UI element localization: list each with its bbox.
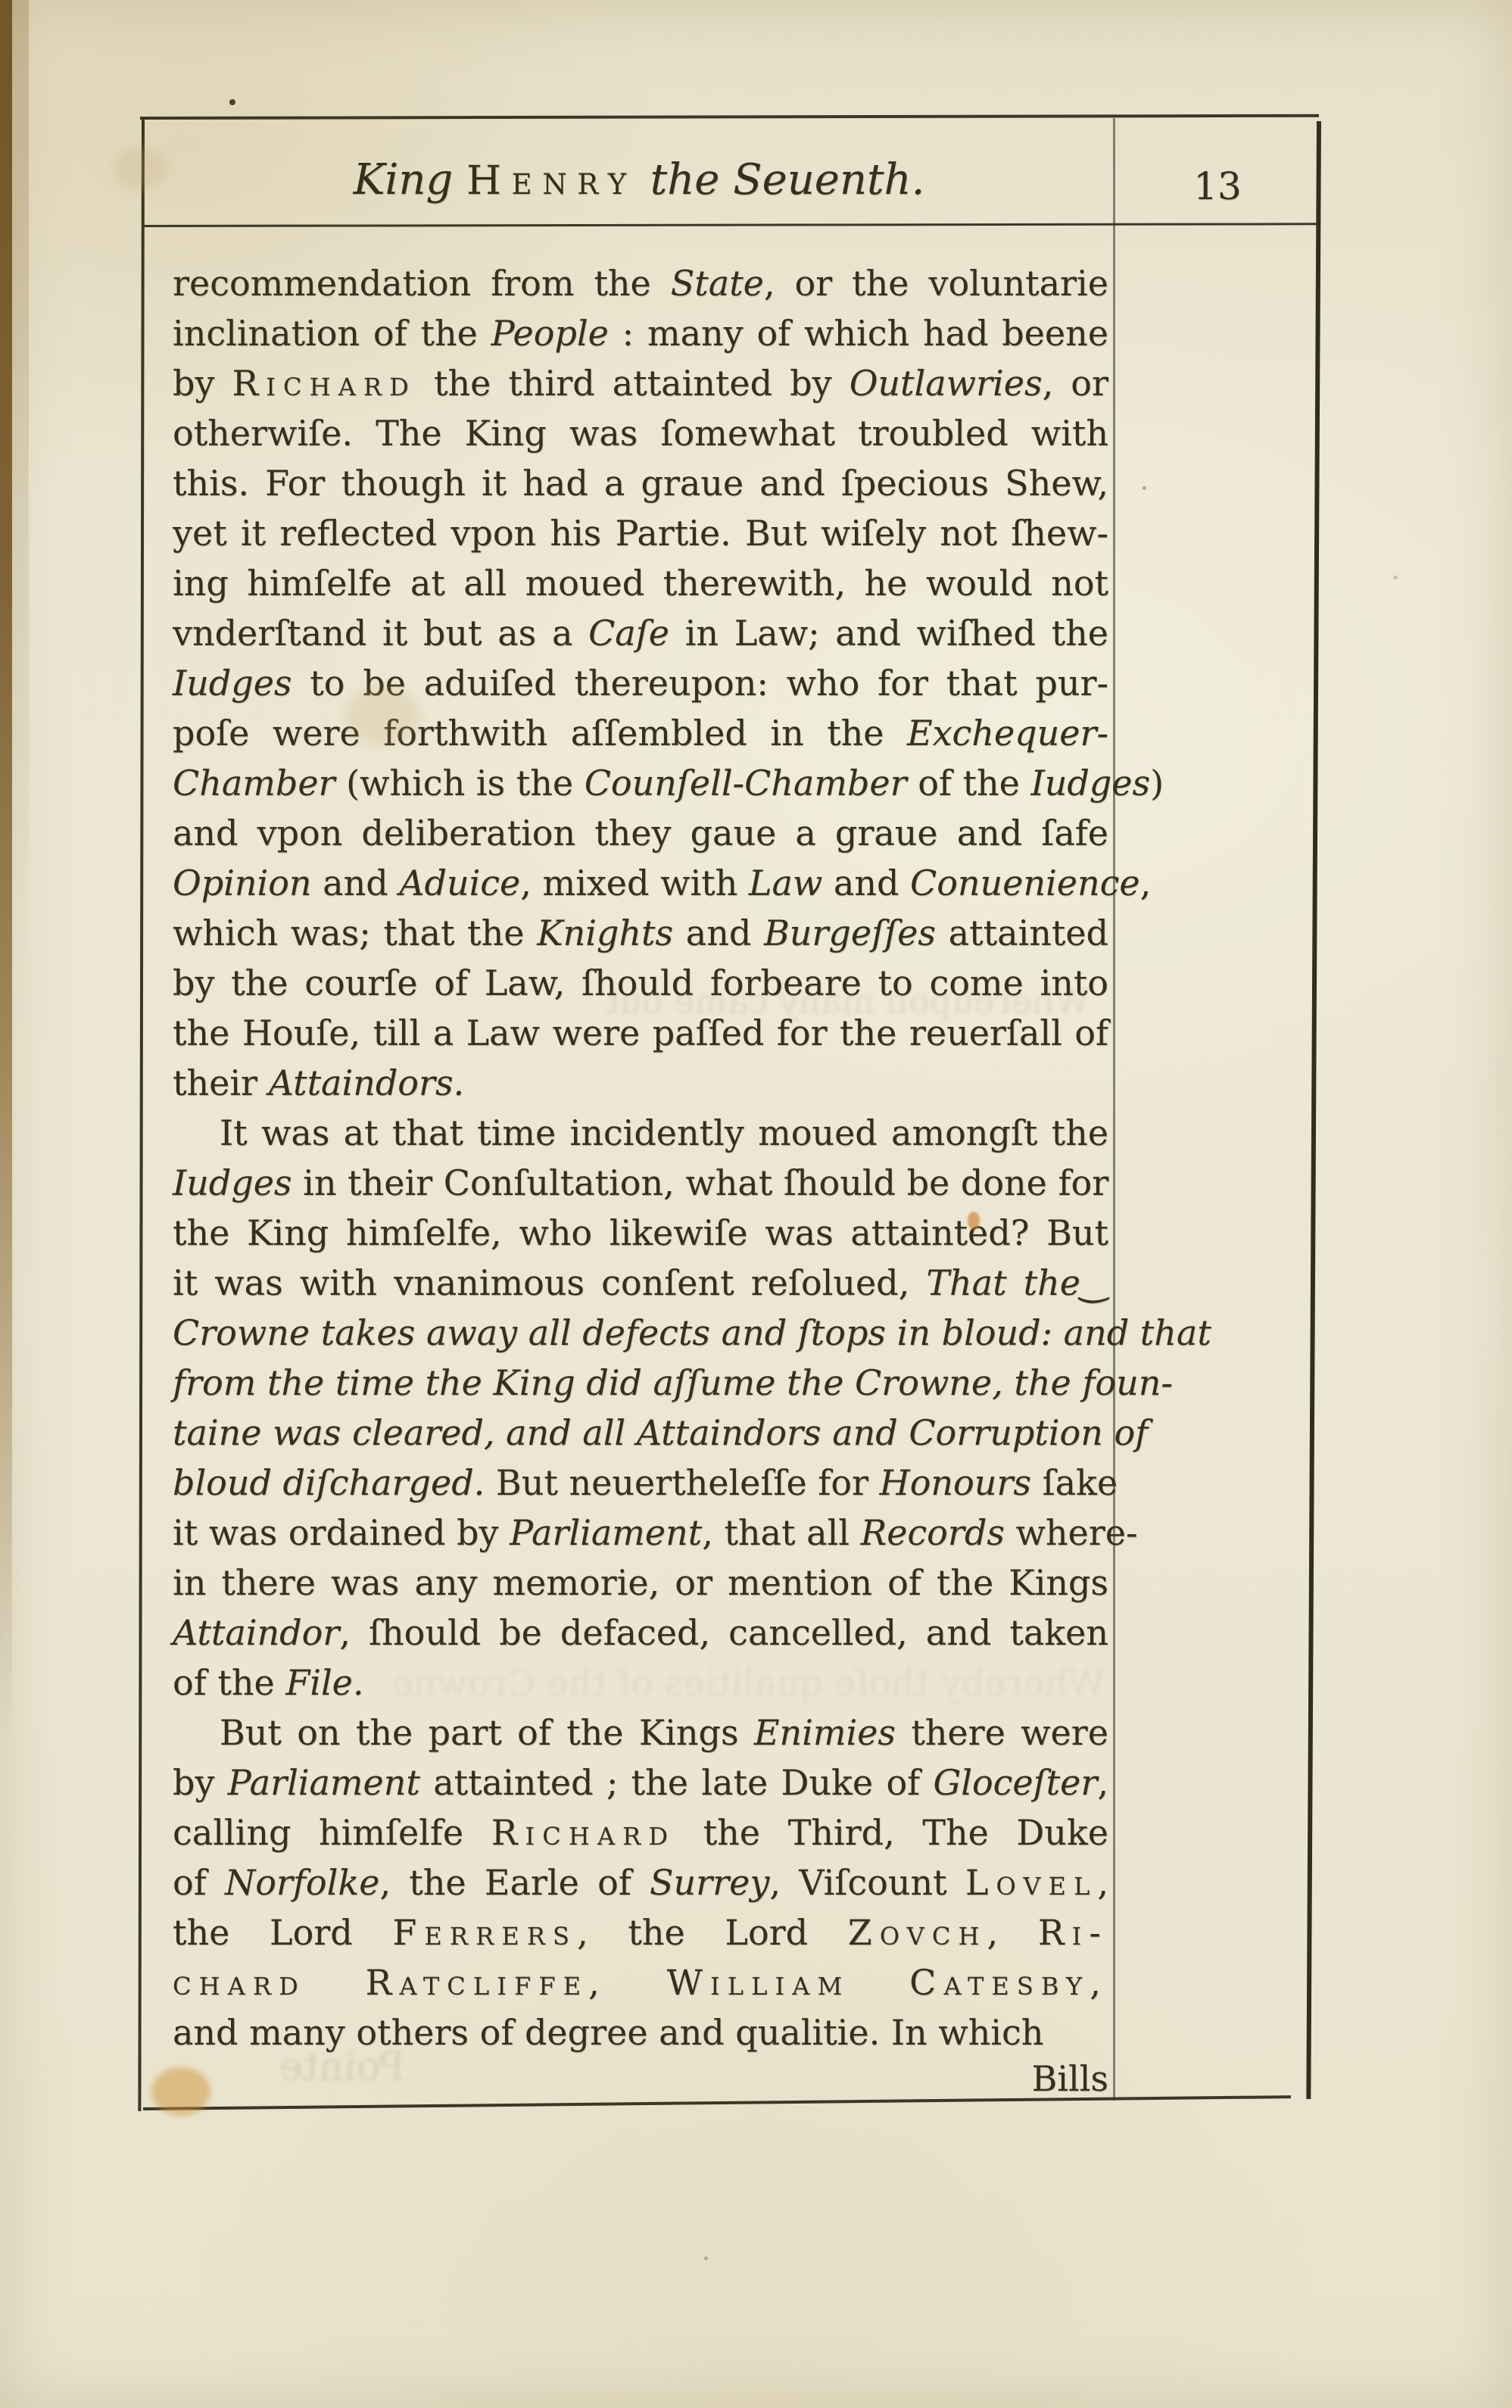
text-segment: Conuenience xyxy=(910,862,1140,903)
text-line: Crowne takes away all defects and ſtops … xyxy=(173,1308,1108,1358)
text-line: and many others of degree and qualitie. … xyxy=(173,2007,1108,2057)
text-segment: the Lord xyxy=(173,1912,392,1953)
text-column: recommendation from the State, or the vo… xyxy=(173,258,1108,2057)
text-line: It was at that time incidently moued amo… xyxy=(173,1108,1108,1158)
paper-speck xyxy=(704,2257,708,2260)
text-line: and vpon deliberation they gaue a graue … xyxy=(173,808,1108,858)
text-segment: ſake xyxy=(1031,1462,1118,1503)
text-segment: the Seuenth. xyxy=(637,155,924,204)
text-segment: and vpon deliberation they gaue a graue … xyxy=(173,813,1108,853)
text-segment: inclination of the xyxy=(173,313,491,354)
text-line: bloud diſcharged. But neuertheleſſe for … xyxy=(173,1458,1108,1508)
text-segment: ing himſelfe at all moued therewith, he … xyxy=(173,563,1108,604)
paper-speck xyxy=(229,99,235,105)
text-segment: Lovel xyxy=(965,1862,1098,1903)
text-segment: Richard xyxy=(232,363,416,404)
text-segment: of xyxy=(173,1862,225,1903)
text-segment: Counſell-Chamber xyxy=(585,763,907,803)
text-segment: Outlawries xyxy=(850,363,1043,404)
binding-edge xyxy=(0,0,12,1893)
text-line: But on the part of the Kings Enimies the… xyxy=(173,1708,1108,1758)
text-segment: Richard xyxy=(491,1812,675,1853)
text-segment: Iudges xyxy=(173,663,292,703)
text-line: yet it reflected vpon his Partie. But wi… xyxy=(173,508,1108,558)
text-segment: ) xyxy=(1150,763,1164,803)
text-segment: Law xyxy=(749,862,822,903)
text-segment: Enimies xyxy=(754,1712,896,1753)
text-segment: and xyxy=(312,862,400,903)
text-segment: , Viſcount xyxy=(769,1862,965,1903)
text-segment: taine was cleared, and all Attaindors an… xyxy=(173,1412,1148,1453)
text-segment: there were xyxy=(896,1712,1108,1753)
text-segment: Norfolke xyxy=(225,1862,379,1903)
text-segment: Surrey xyxy=(650,1862,769,1903)
text-segment: Ri- xyxy=(1038,1912,1108,1953)
text-segment: , mixed with xyxy=(520,862,749,903)
text-line: the Houſe, till a Law were paſſed for th… xyxy=(173,1008,1108,1058)
text-segment: and many others of degree and qualitie. … xyxy=(173,2012,1043,2053)
text-line: recommendation from the State, or the vo… xyxy=(173,258,1108,308)
text-segment: Zovch xyxy=(848,1912,987,1953)
text-segment: calling himſelfe xyxy=(173,1812,491,1853)
text-line: it was ordained by Parliament, that all … xyxy=(173,1508,1108,1558)
text-segment: the King himſelfe, who likewiſe was atta… xyxy=(173,1212,1108,1253)
text-segment: Honours xyxy=(880,1462,1031,1503)
text-line: this. For though it had a graue and ſpec… xyxy=(173,458,1108,508)
text-line: their Attaindors. xyxy=(173,1058,1108,1108)
text-segment: from the time the King did aſſume the Cr… xyxy=(173,1362,1173,1403)
catchword: Bills xyxy=(173,2054,1108,2104)
text-segment: , the Earle of xyxy=(379,1862,650,1903)
text-segment: vnderſtand it but as a xyxy=(173,613,588,653)
text-segment: by xyxy=(173,1762,228,1803)
text-segment: Attaindors. xyxy=(269,1062,465,1103)
text-segment: Exchequer- xyxy=(907,713,1108,753)
text-segment: Knights xyxy=(537,912,673,953)
text-segment: the third attainted by xyxy=(416,363,850,404)
text-line: ing himſelfe at all moued therewith, he … xyxy=(173,558,1108,608)
text-line: of Norfolke, the Earle of Surrey, Viſcou… xyxy=(173,1857,1108,1907)
text-segment: That the‿ xyxy=(926,1262,1108,1303)
text-line: Opinion and Aduice, mixed with Law and C… xyxy=(173,858,1108,908)
text-segment: the Houſe, till a Law were paſſed for th… xyxy=(173,1012,1108,1053)
text-segment: It was at that time incidently moued amo… xyxy=(220,1112,1108,1153)
text-segment: Attaindor xyxy=(173,1612,339,1653)
text-segment: , xyxy=(1097,1862,1108,1903)
text-line: from the time the King did aſſume the Cr… xyxy=(173,1358,1108,1408)
paper-stain xyxy=(114,148,167,190)
text-segment: their xyxy=(173,1062,269,1103)
text-segment: it was with vnanimous conſent reſolued, xyxy=(173,1262,926,1303)
book-page-scan: King Henry the Seuenth. 13 recommendatio… xyxy=(0,0,1512,2408)
text-segment: , xyxy=(987,1912,1038,1953)
text-segment: , ſhould be defaced, cancelled, and take… xyxy=(339,1612,1108,1653)
text-line: which was; that the Knights and Burgeſſe… xyxy=(173,908,1108,958)
text-segment: Parliament xyxy=(228,1762,420,1803)
text-segment: Crowne takes away all defects and ſtops … xyxy=(173,1312,1211,1353)
text-segment: Aduice xyxy=(399,862,520,903)
text-segment: Gloceſter xyxy=(934,1762,1098,1803)
text-segment: King xyxy=(354,155,466,204)
text-segment: bloud diſcharged. xyxy=(173,1462,485,1503)
text-segment: , that all xyxy=(702,1512,860,1553)
text-segment: attainted xyxy=(936,912,1108,953)
text-segment: People xyxy=(491,313,609,354)
page-number: 13 xyxy=(1119,148,1316,224)
text-line: vnderſtand it but as a Caſe in Law; and … xyxy=(173,608,1108,658)
text-segment: Iudges xyxy=(173,1162,292,1203)
text-segment: Caſe xyxy=(588,613,669,653)
text-line: chard Ratcliffe, William Catesby, xyxy=(173,1957,1108,2007)
text-line: taine was cleared, and all Attaindors an… xyxy=(173,1408,1108,1458)
text-line: of the File. xyxy=(173,1658,1108,1708)
text-segment: otherwiſe. The King was ſomewhat trouble… xyxy=(173,413,1108,454)
binding-edge-shadow xyxy=(12,0,29,1136)
text-segment: recommendation from the xyxy=(173,263,671,304)
text-segment: State xyxy=(671,263,764,304)
text-segment: where- xyxy=(1005,1512,1138,1553)
text-line: it was with vnanimous conſent reſolued, … xyxy=(173,1258,1108,1308)
text-segment: of the xyxy=(173,1662,285,1703)
text-line: inclination of the People : many of whic… xyxy=(173,308,1108,358)
text-segment: by the courſe of Law, ſhould forbeare to… xyxy=(173,962,1108,1003)
text-segment: in Law; and wiſhed the xyxy=(669,613,1108,653)
text-segment: poſe were forthwith aſſembled in the xyxy=(173,713,907,753)
text-segment: yet it reflected vpon his Partie. But wi… xyxy=(173,513,1108,554)
text-segment: in their Conſultation, what ſhould be do… xyxy=(292,1162,1109,1203)
text-segment: (which is the xyxy=(335,763,585,803)
text-segment: Ferrers xyxy=(392,1912,577,1953)
text-segment: Parliament xyxy=(510,1512,702,1553)
text-line: poſe were forthwith aſſembled in the Exc… xyxy=(173,708,1108,758)
text-line: Iudges to be aduiſed thereupon: who for … xyxy=(173,658,1108,708)
text-line: the King himſelfe, who likewiſe was atta… xyxy=(173,1208,1108,1258)
text-segment: Iudges xyxy=(1031,763,1151,803)
text-line: by Parliament attainted ; the late Duke … xyxy=(173,1758,1108,1808)
text-segment: which was; that the xyxy=(173,912,537,953)
text-segment: it was ordained by xyxy=(173,1512,510,1553)
text-segment: to be aduiſed thereupon: who for that pu… xyxy=(292,663,1108,703)
text-line: in there was any memorie, or mention of … xyxy=(173,1558,1108,1608)
text-segment: File. xyxy=(285,1662,363,1703)
text-segment: But neuertheleſſe for xyxy=(485,1462,879,1503)
text-segment: : many of which had beene xyxy=(609,313,1108,354)
text-line: calling himſelfe Richard the Third, The … xyxy=(173,1808,1108,1857)
text-segment: Records xyxy=(861,1512,1005,1553)
text-line: by Richard the third attainted by Outlaw… xyxy=(173,358,1108,408)
text-line: otherwiſe. The King was ſomewhat trouble… xyxy=(173,408,1108,458)
text-line: the Lord Ferrers, the Lord Zovch, Ri- xyxy=(173,1907,1108,1957)
text-segment: chard Ratcliffe, William Catesby, xyxy=(173,1962,1108,2003)
text-line: Chamber (which is the Counſell-Chamber o… xyxy=(173,758,1108,808)
text-segment: Chamber xyxy=(173,763,335,803)
text-segment: , or xyxy=(1043,363,1108,404)
frame-rule-margin-divider xyxy=(1113,118,1115,2101)
text-segment: by xyxy=(173,363,232,404)
text-line: Iudges in their Conſultation, what ſhoul… xyxy=(173,1158,1108,1208)
text-segment: , xyxy=(1097,1762,1108,1803)
text-segment: But on the part of the Kings xyxy=(220,1712,754,1753)
text-line: Attaindor, ſhould be defaced, cancelled,… xyxy=(173,1608,1108,1658)
text-segment: , xyxy=(1140,862,1152,903)
frame-rule-right xyxy=(1306,121,1321,2099)
paper-speck xyxy=(1143,486,1146,490)
text-segment: attainted ; the late Duke of xyxy=(420,1762,934,1803)
text-segment: Henry xyxy=(466,158,637,204)
text-segment: Opinion xyxy=(173,862,312,903)
text-segment: the Third, The Duke xyxy=(675,1812,1108,1853)
text-segment: in there was any memorie, or mention of … xyxy=(173,1562,1108,1603)
text-segment: , the Lord xyxy=(577,1912,848,1953)
paper-speck xyxy=(1393,575,1398,579)
text-segment: , or the voluntarie xyxy=(764,263,1108,304)
frame-rule-left xyxy=(138,118,145,2111)
text-segment: of the xyxy=(907,763,1031,803)
text-line: by the courſe of Law, ſhould forbeare to… xyxy=(173,958,1108,1008)
text-segment: and xyxy=(822,862,910,903)
running-header-title: King Henry the Seuenth. xyxy=(173,139,1105,222)
text-segment: Burgeſſes xyxy=(764,912,936,953)
frame-rule-top xyxy=(140,114,1319,120)
text-segment: this. For though it had a graue and ſpec… xyxy=(173,463,1108,504)
text-segment: and xyxy=(673,912,764,953)
